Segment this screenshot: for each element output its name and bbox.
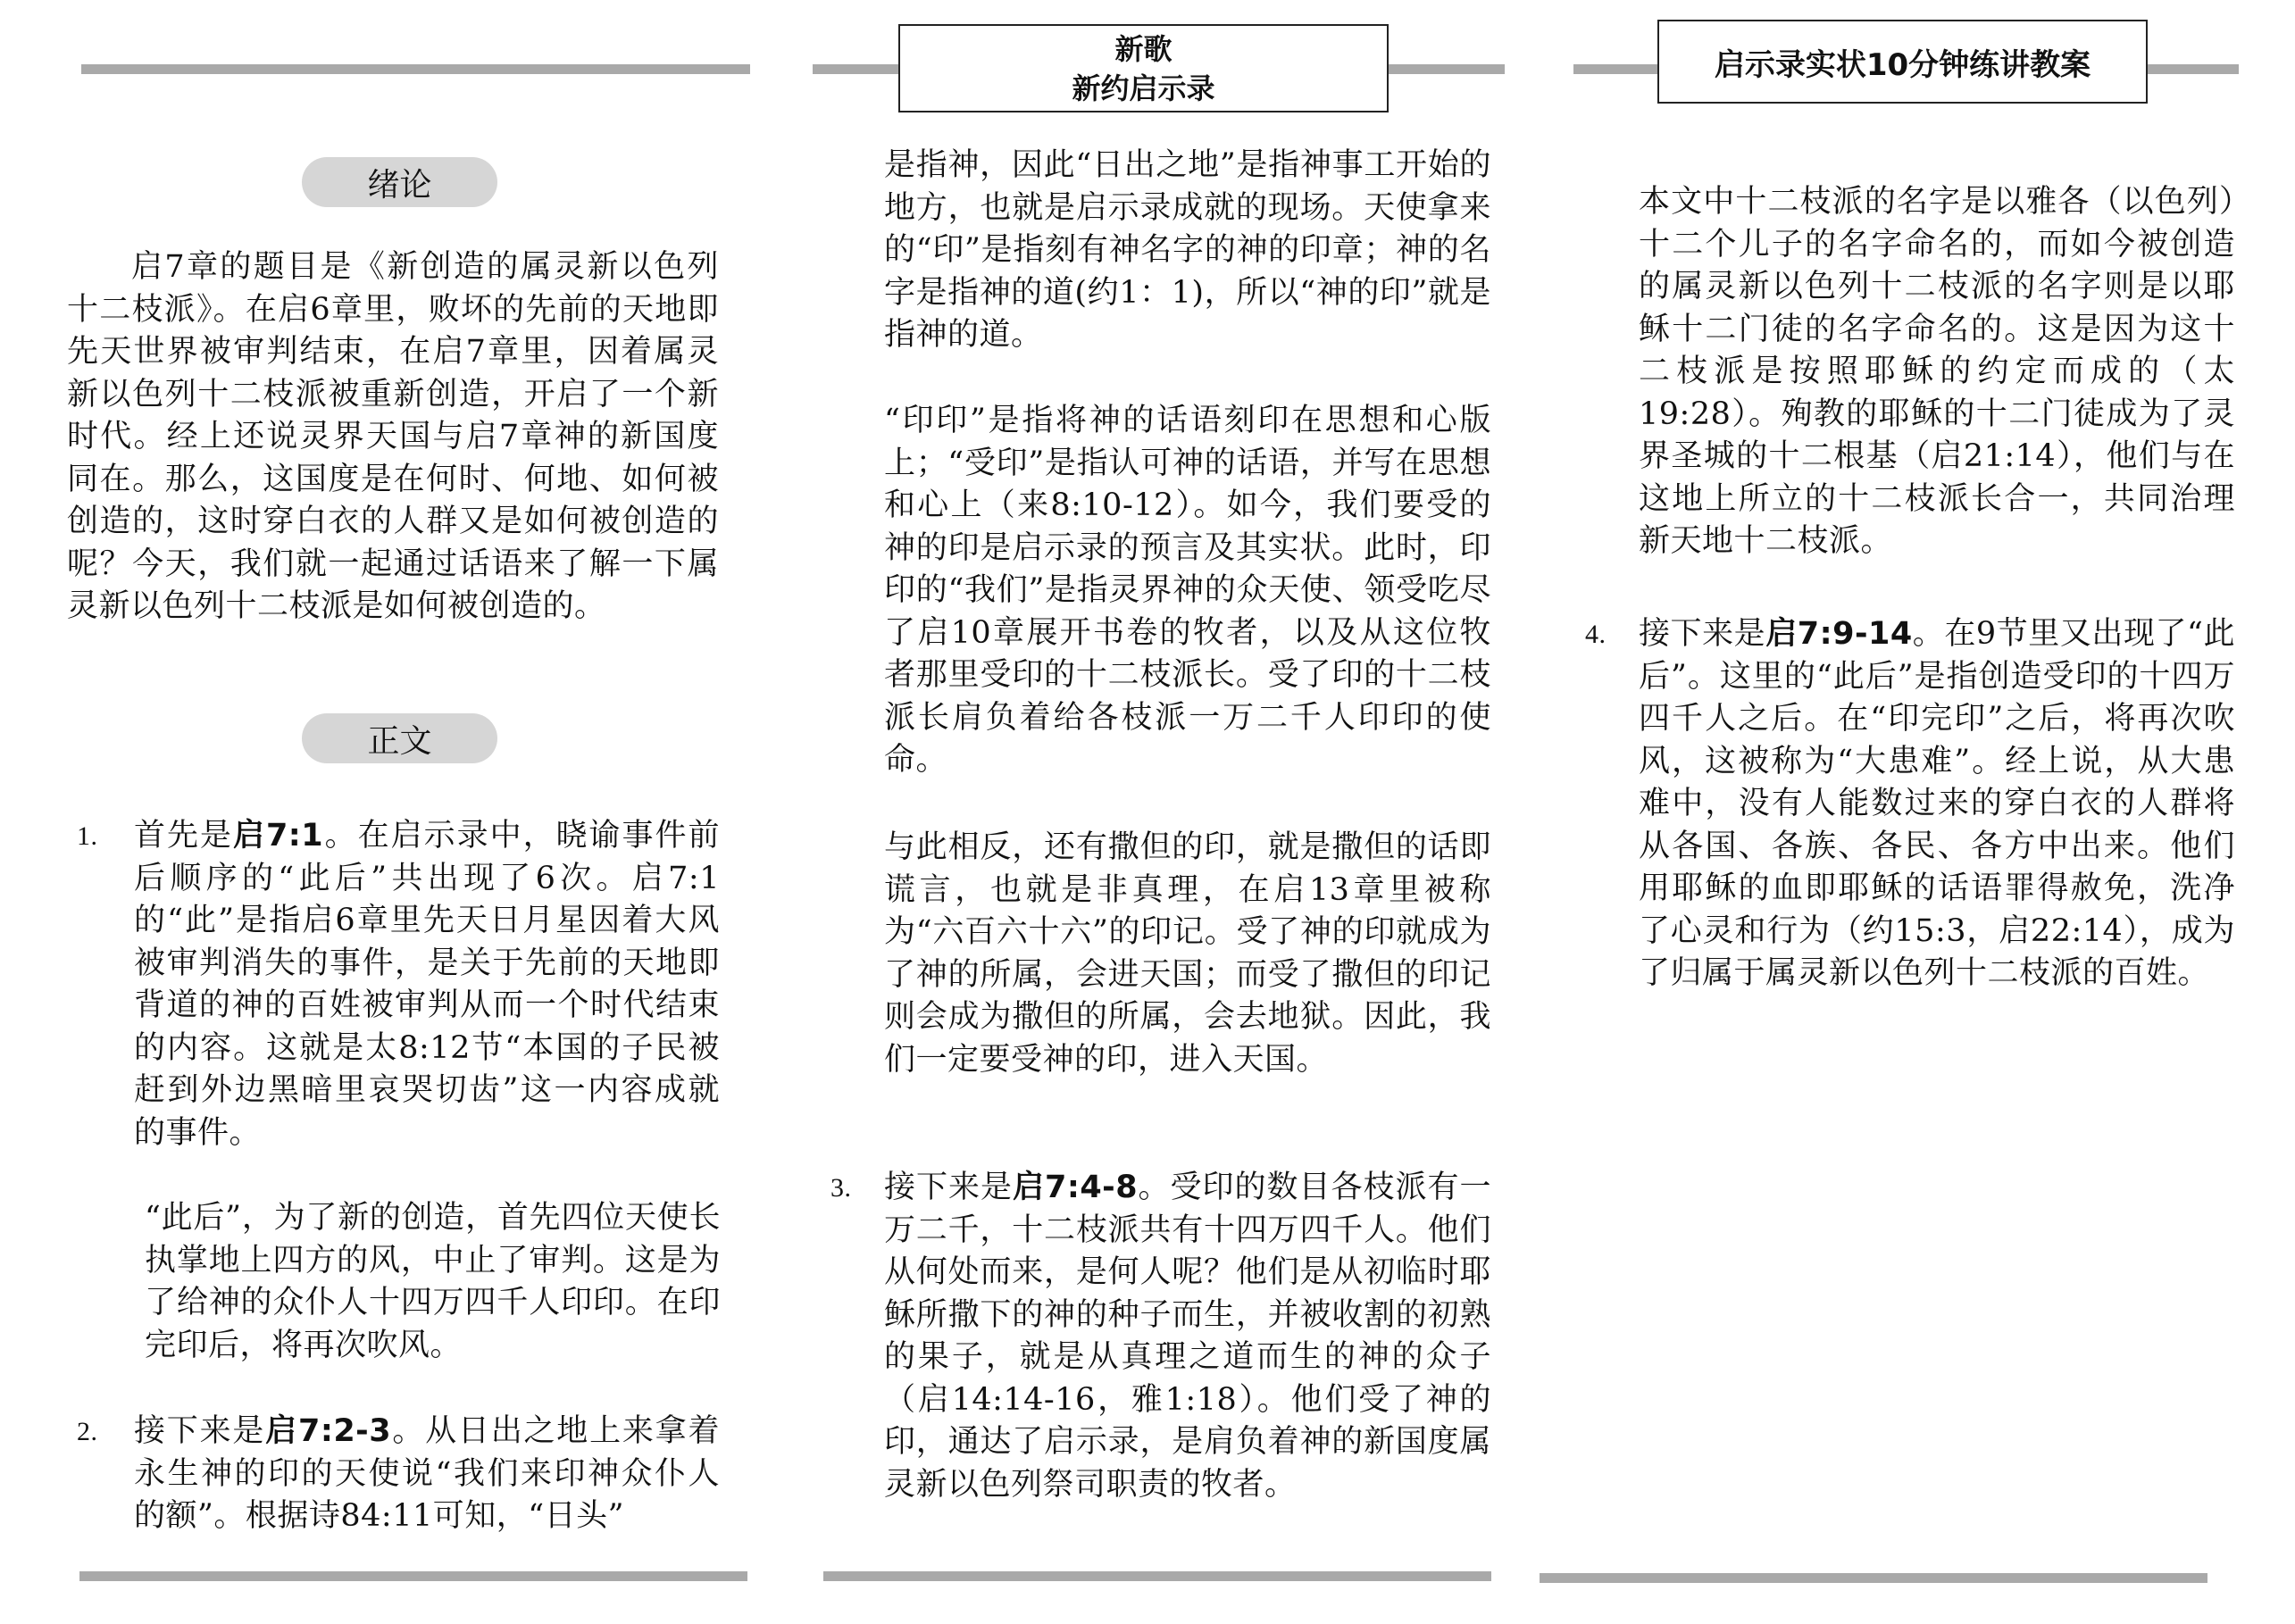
section-heading-label: 正文 — [367, 716, 431, 762]
section-heading-body: 正文 — [302, 713, 497, 763]
list-item-3: 3. 接下来是启7:4-8。受印的数目各枝派有一万二千，十二枝派共有十四万四千人… — [830, 1167, 1491, 1560]
bottom-rule — [79, 1571, 747, 1581]
section-heading-intro: 绪论 — [302, 157, 497, 207]
item-number: 2. — [77, 1411, 98, 1453]
item-body: 接下来是启7:9-14。在9节里又出现了“此后”。这里的“此后”是指创造受印的十… — [1639, 613, 2235, 995]
header-title: 启示录实状10分钟练讲教案 — [1715, 40, 2091, 84]
header-line-1: 新歌 — [1114, 29, 1172, 69]
item-number: 4. — [1585, 613, 1606, 656]
scripture-ref: 启7:1 — [233, 818, 323, 854]
scripture-ref: 启7:4-8 — [1013, 1170, 1138, 1205]
scripture-ref: 启7:2-3 — [265, 1413, 391, 1449]
intro-text: 启7章的题目是《新创造的属灵新以色列十二枝派》。在启6章里，败坏的先前的天地即先… — [67, 246, 719, 629]
paragraph: 本文中十二枝派的名字是以雅各（以色列）十二个儿子的名字命名的，而如今被创造的属灵… — [1639, 181, 2235, 563]
column-header-box: 启示录实状10分钟练讲教案 — [1657, 20, 2148, 104]
item-body: 接下来是启7:4-8。受印的数目各枝派有一万二千，十二枝派共有十四万四千人。他们… — [884, 1167, 1491, 1506]
intro-paragraph: 启7章的题目是《新创造的属灵新以色列十二枝派》。在启6章里，败坏的先前的天地即先… — [67, 246, 719, 629]
bottom-rule — [1540, 1573, 2207, 1583]
bottom-rule — [823, 1571, 1491, 1581]
scripture-ref: 启7:9-14 — [1765, 616, 1913, 652]
list-item-1: 1. 首先是启7:1。在启示录中，晓谕事件前后顺序的“此后”共出现了6次。启7:… — [77, 815, 720, 1154]
item-body: 首先是启7:1。在启示录中，晓谕事件前后顺序的“此后”共出现了6次。启7:1的“… — [134, 815, 720, 1154]
list-item-4: 4. 接下来是启7:9-14。在9节里又出现了“此后”。这里的“此后”是指创造受… — [1585, 613, 2235, 1060]
column-header-box: 新歌 新约启示录 — [898, 24, 1389, 112]
paragraph: 与此相反，还有撒但的印，就是撒但的话即谎言，也就是非真理，在启13章里被称为“六… — [884, 827, 1491, 1081]
continuation-text: “此后”，为了新的创造，首先四位天使长执掌地上四方的风，中止了审判。这是为了给神… — [145, 1197, 721, 1367]
paragraph: “印印”是指将神的话语刻印在思想和心版上；“受印”是指认可神的话语，并写在思想和… — [884, 400, 1491, 782]
header-line-2: 新约启示录 — [1072, 69, 1214, 108]
top-rule — [81, 64, 750, 74]
item-1-continuation: “此后”，为了新的创造，首先四位天使长执掌地上四方的风，中止了审判。这是为了给神… — [145, 1197, 721, 1367]
section-heading-label: 绪论 — [367, 160, 431, 205]
item-number: 1. — [77, 815, 98, 858]
item-body: 接下来是启7:2-3。从日出之地上来拿着永生神的印的天使说“我们来印神众仆人的额… — [134, 1411, 720, 1538]
list-item-2: 2. 接下来是启7:2-3。从日出之地上来拿着永生神的印的天使说“我们来印神众仆… — [77, 1411, 720, 1545]
paragraph: 是指神，因此“日出之地”是指神事工开始的地方，也就是启示录成就的现场。天使拿来的… — [884, 145, 1491, 357]
item-number: 3. — [830, 1167, 852, 1210]
